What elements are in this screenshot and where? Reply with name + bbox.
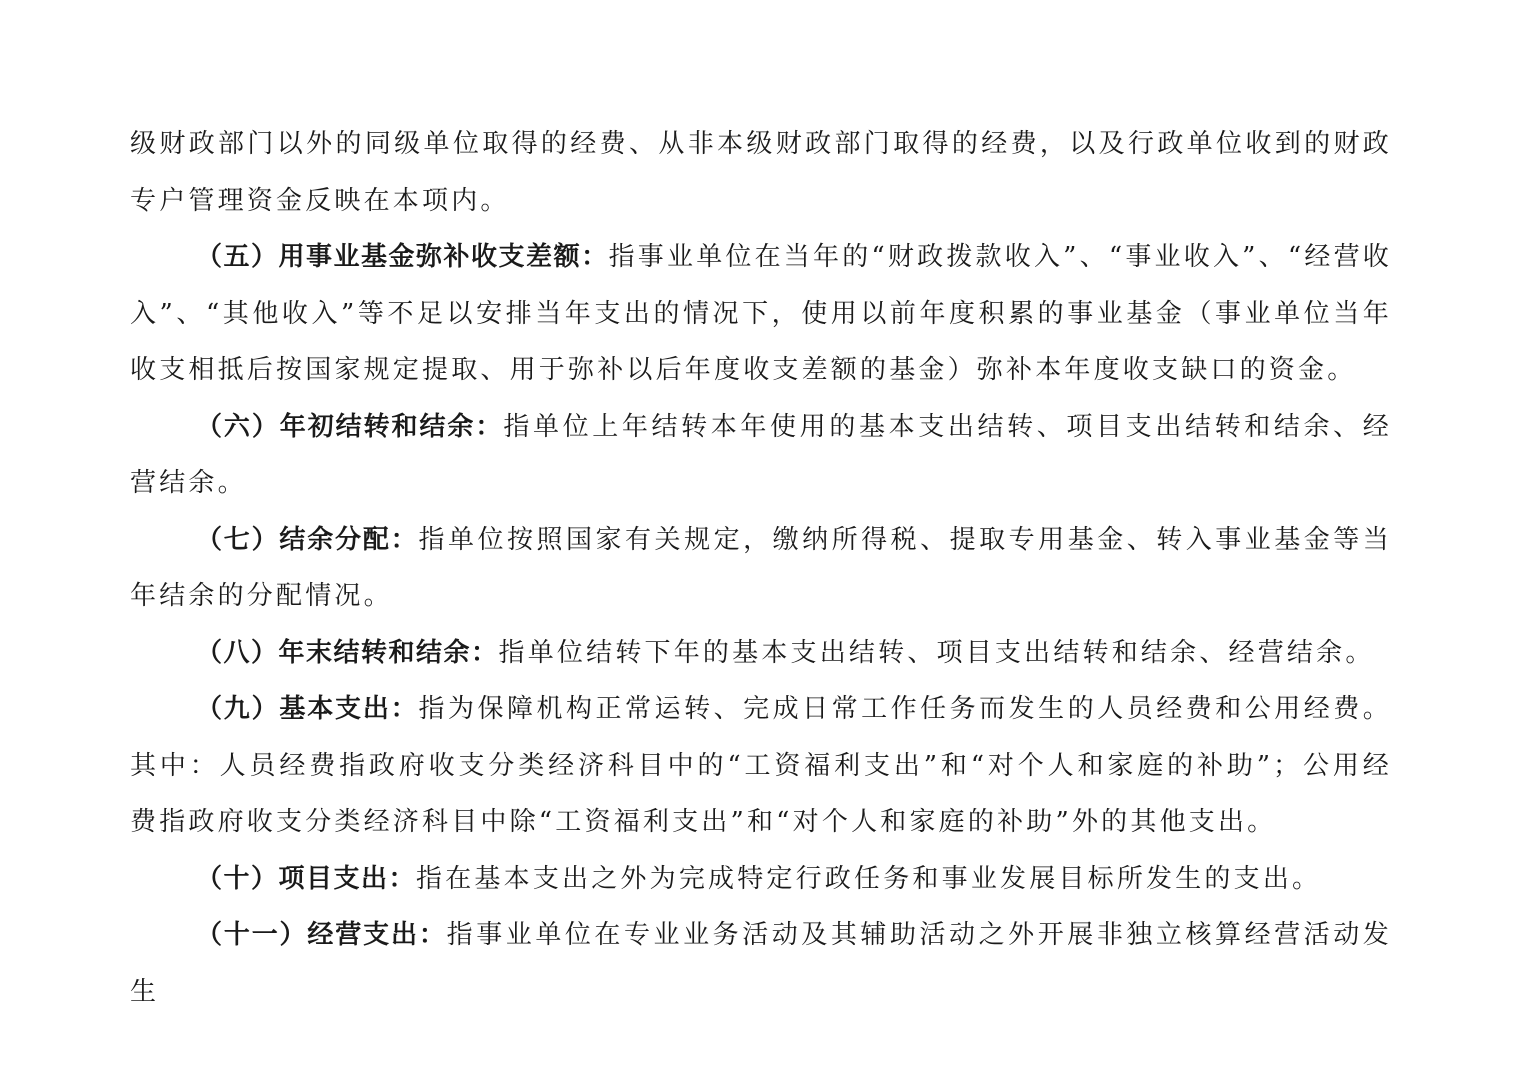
paragraph-item-8: （八）年末结转和结余：指单位结转下年的基本支出结转、项目支出结转和结余、经营结余… [130,625,1392,682]
term-heading: （八）年末结转和结余： [196,638,499,668]
term-heading: （十一）经营支出： [196,920,447,950]
document-page: 级财政部门以外的同级单位取得的经费、从非本级财政部门取得的经费，以及行政单位收到… [130,116,1392,1020]
paragraph-text: 指单位结转下年的基本支出结转、项目支出结转和结余、经营结余。 [499,638,1375,668]
term-heading: （十）项目支出： [196,864,416,894]
paragraph-item-11: （十一）经营支出：指事业单位在专业业务活动及其辅助活动之外开展非独立核算经营活动… [130,907,1392,1020]
paragraph-text: 级财政部门以外的同级单位取得的经费、从非本级财政部门取得的经费，以及行政单位收到… [130,129,1392,216]
term-heading: （七）结余分配： [196,525,418,555]
term-heading: （九）基本支出： [196,694,418,724]
paragraph-text: 指在基本支出之外为完成特定行政任务和事业发展目标所发生的支出。 [416,864,1321,894]
paragraph-item-5: （五）用事业基金弥补收支差额：指事业单位在当年的“财政拨款收入”、“事业收入”、… [130,229,1392,399]
paragraph-item-7: （七）结余分配：指单位按照国家有关规定，缴纳所得税、提取专用基金、转入事业基金等… [130,512,1392,625]
term-heading: （五）用事业基金弥补收支差额： [196,242,609,272]
paragraph-item-9: （九）基本支出：指为保障机构正常运转、完成日常工作任务而发生的人员经费和公用经费… [130,681,1392,851]
paragraph-item-6: （六）年初结转和结余：指单位上年结转本年使用的基本支出结转、项目支出结转和结余、… [130,399,1392,512]
term-heading: （六）年初结转和结余： [196,412,503,442]
paragraph-continued: 级财政部门以外的同级单位取得的经费、从非本级财政部门取得的经费，以及行政单位收到… [130,116,1392,229]
paragraph-item-10: （十）项目支出：指在基本支出之外为完成特定行政任务和事业发展目标所发生的支出。 [130,851,1392,908]
